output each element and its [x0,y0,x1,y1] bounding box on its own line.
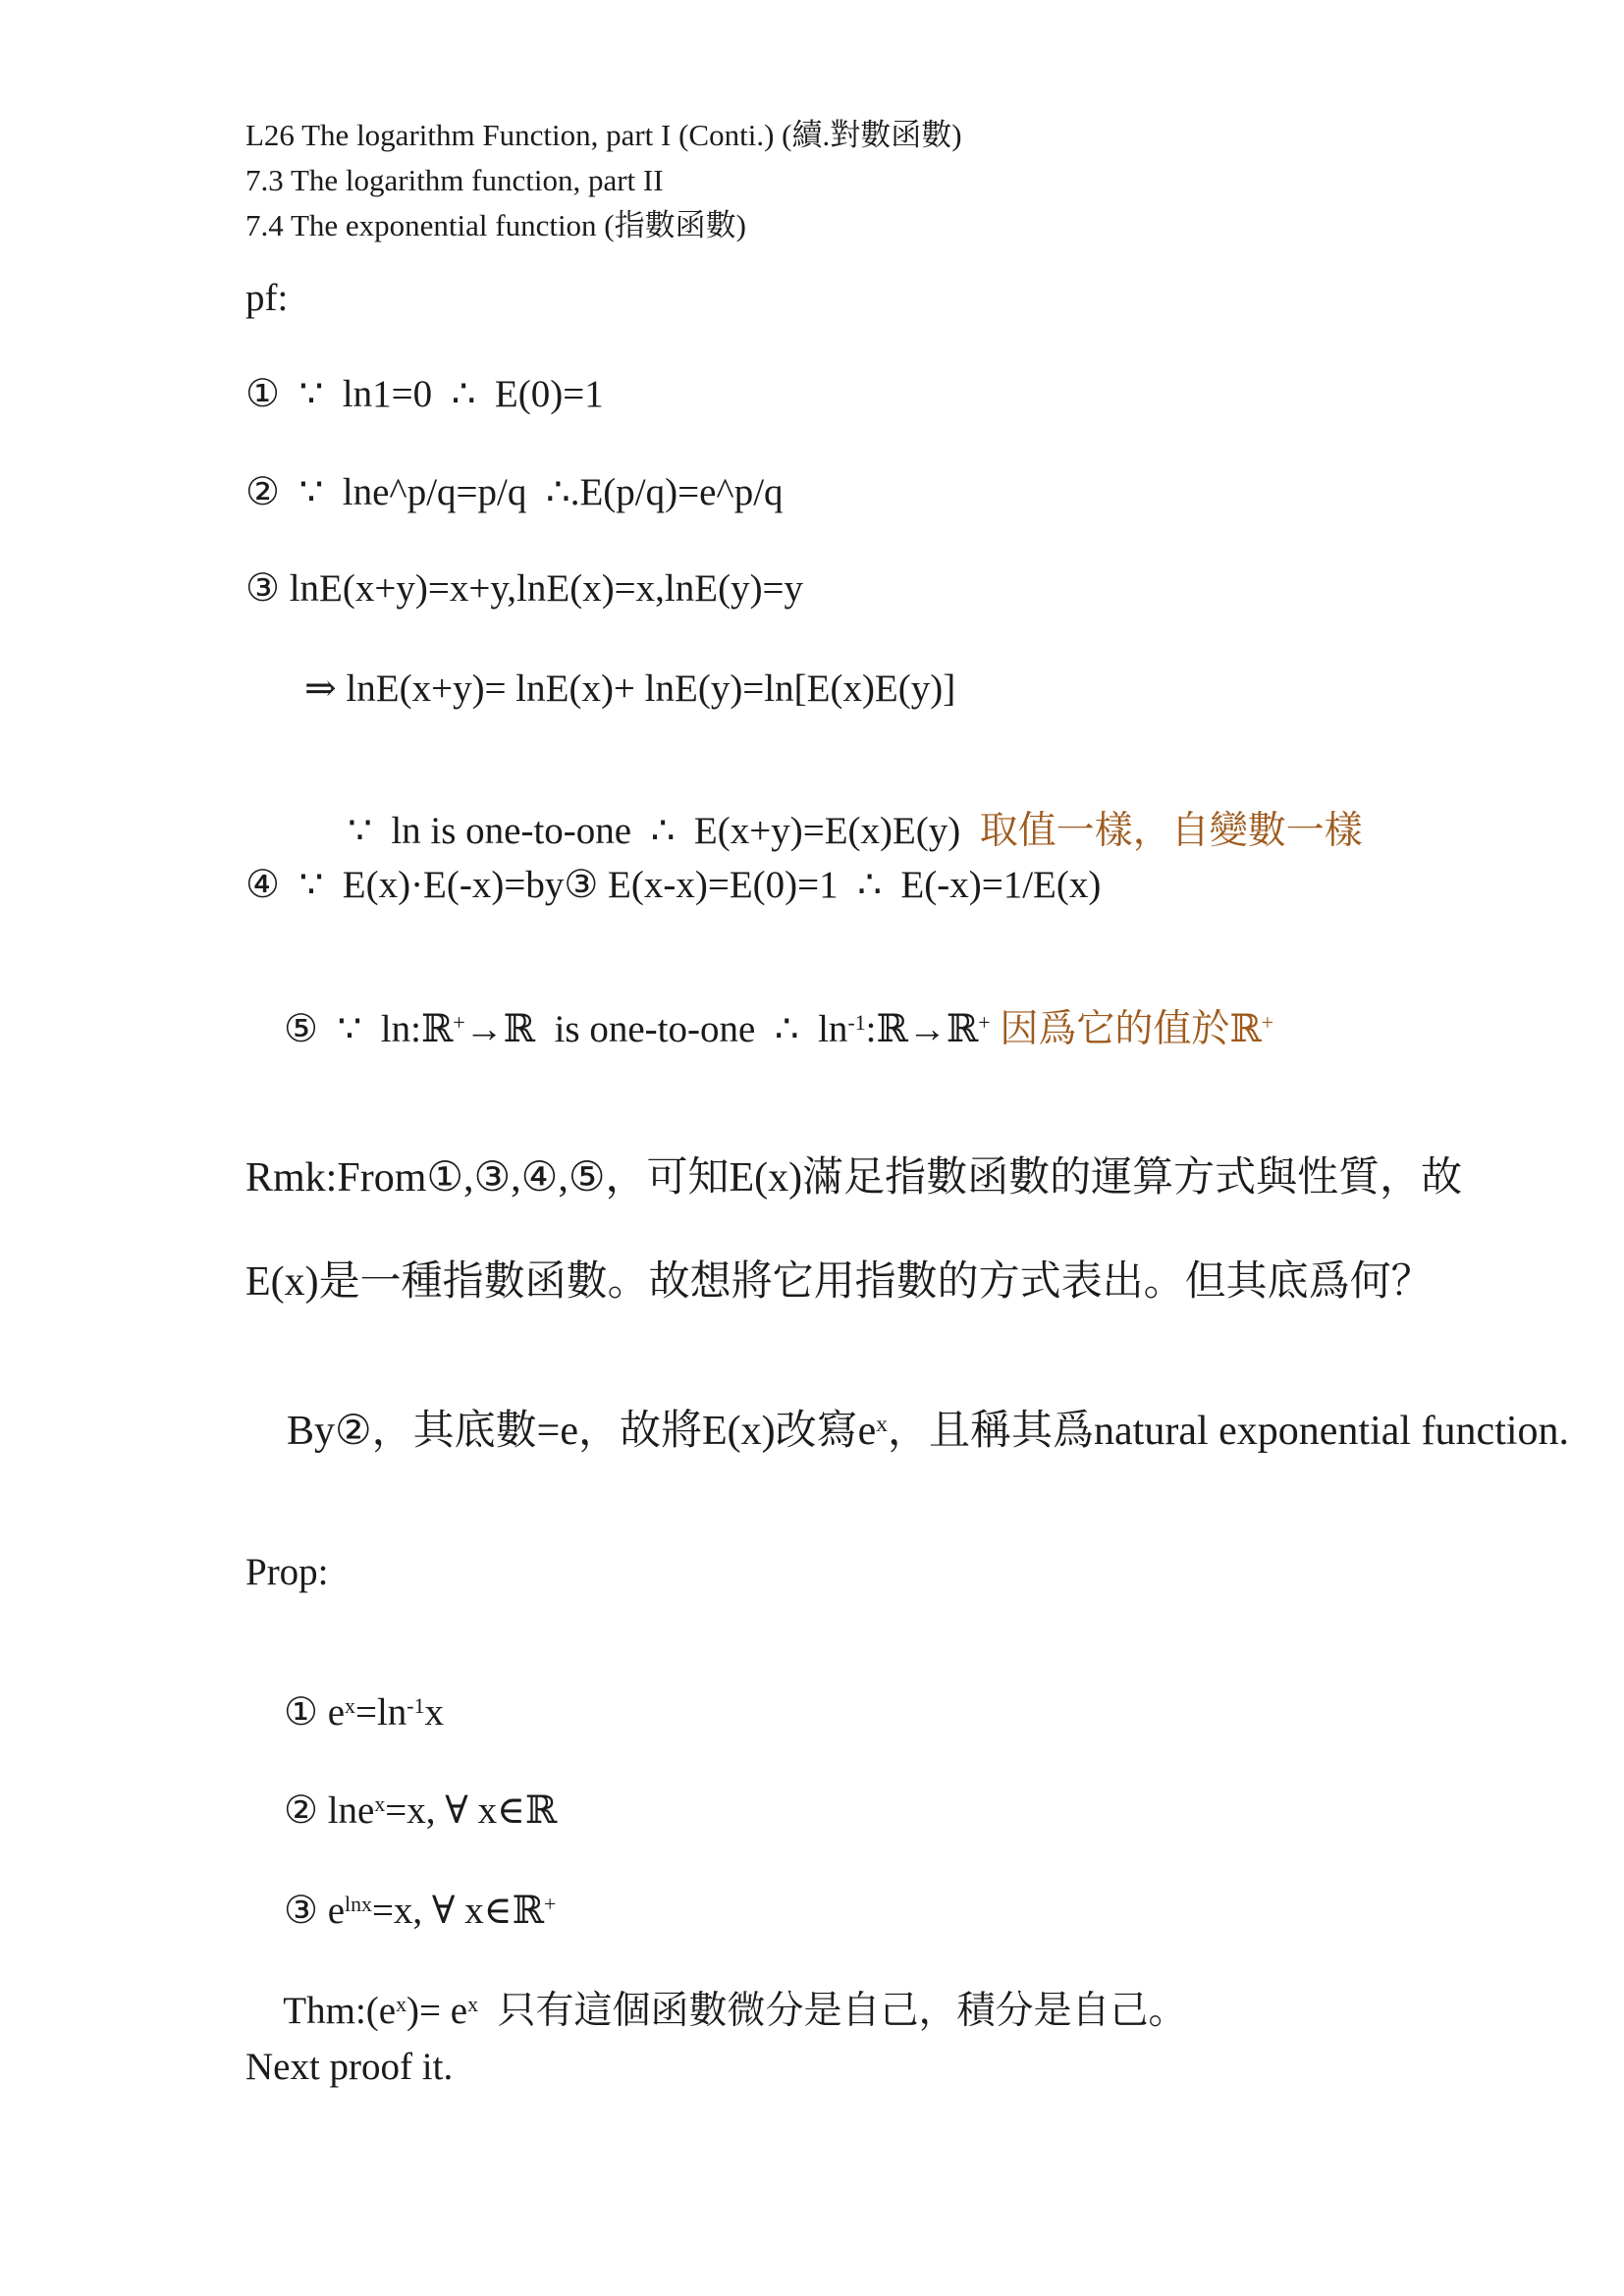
proof-step-4: ④ ∵ E(x)·E(-x)=by③ E(x-x)=E(0)=1 ∴ E(-x)… [245,864,1101,908]
prop3-sup-plus: + [544,1893,556,1916]
document-page: L26 The logarithm Function, part I (Cont… [0,0,1624,2296]
prop1-pre: ① e [284,1691,345,1734]
step5-pre: ⑤ ∵ ln:ℝ [284,1008,453,1050]
remark-line-3: By②，其底數=e，故將E(x)改寫ex，且稱其爲natural exponen… [245,1361,1569,1503]
step5-annotation-sup-plus: + [1262,1011,1273,1035]
theorem-post: 只有這個函數微分是自己，積分是自己。 [478,1990,1187,2032]
header-line-1: L26 The logarithm Function, part I (Cont… [245,118,962,153]
prop1-post: x [424,1691,444,1734]
step3-conclusion-annotation: 取值一樣，自變數一樣 [960,810,1363,852]
remark-line-3-pre: By②，其底數=e，故將E(x)改寫e [287,1409,876,1454]
proof-label: pf: [245,277,288,321]
prop2-sup-x: x [374,1792,385,1816]
prop3-mid: =x, ∀ x∈ℝ [372,1890,544,1932]
prop2-post: =x, ∀ x∈ℝ [385,1789,557,1832]
theorem-mid: )= e [406,1990,467,2032]
prop1-mid: =ln [355,1691,406,1734]
theorem-pre: Thm:(e [283,1990,396,2032]
prop2-pre: ② lne [284,1789,374,1832]
closing-line: Next proof it. [245,2046,453,2090]
prop1-sup-inverse: -1 [406,1694,424,1718]
step5-mid-1: →ℝ is one-to-one ∴ ln [465,1008,848,1050]
prop3-pre: ③ e [284,1890,345,1932]
theorem-sup-x-1: x [396,1993,406,2016]
proof-step-2: ② ∵ lne^p/q=p/q ∴.E(p/q)=e^p/q [245,471,784,515]
remark-line-1: Rmk:From①,③,④,⑤，可知E(x)滿足指數函數的運算方式與性質，故 [245,1154,1462,1201]
step5-sup-plus-2: + [978,1011,990,1035]
header-line-2: 7.3 The logarithm function, part II [245,163,664,198]
proof-step-3: ③ lnE(x+y)=x+y,lnE(x)=x,lnE(y)=y [245,567,803,612]
remark-line-3-post: ，且稱其爲natural exponential function. [888,1409,1569,1454]
remark-line-2: E(x)是一種指數函數。故想將它用指數的方式表出。但其底爲何？ [245,1258,1433,1306]
step5-sup-plus-1: + [453,1011,464,1035]
remark-line-3-sup-x: x [876,1412,888,1437]
prop1-sup-x: x [345,1694,355,1718]
proof-step-5: ⑤ ∵ ln:ℝ+→ℝ is one-to-one ∴ ln-1:ℝ→ℝ+ 因爲… [245,964,1273,1096]
step3-conclusion-math: ∵ ln is one-to-one ∴ E(x+y)=E(x)E(y) [348,810,960,852]
step5-mid-2: :ℝ→ℝ [866,1008,979,1050]
header-line-3: 7.4 The exponential function (指數函數) [245,208,746,243]
proof-step-3-arrow: ⇒ lnE(x+y)= lnE(x)+ lnE(y)=ln[E(x)E(y)] [304,667,955,712]
prop-label: Prop: [245,1551,329,1595]
step5-annotation: 因爲它的值於ℝ [991,1008,1262,1050]
step5-sup-inverse: -1 [847,1011,865,1035]
prop3-sup-lnx: lnx [345,1893,372,1916]
proof-step-1: ① ∵ ln1=0 ∴ E(0)=1 [245,373,604,417]
theorem-sup-x-2: x [467,1993,478,2016]
